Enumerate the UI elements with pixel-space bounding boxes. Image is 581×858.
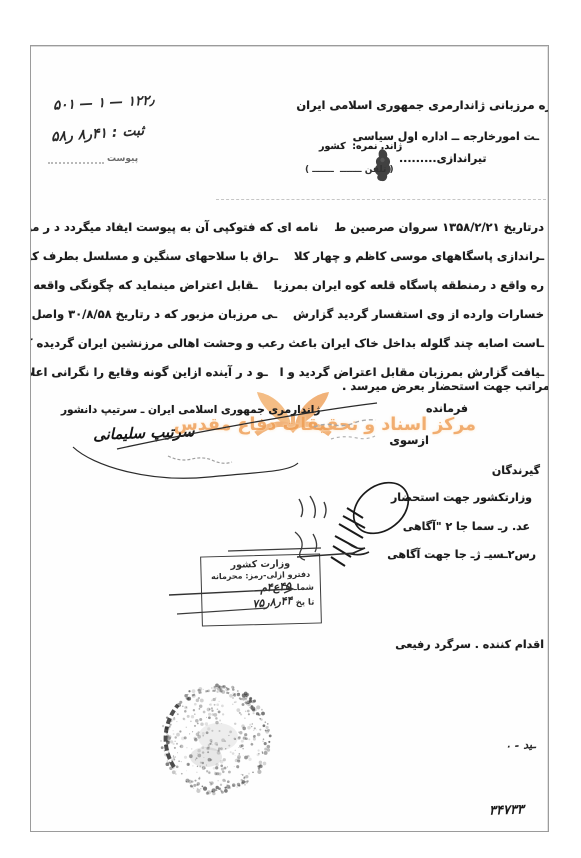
letterhead-line1: ره مرزبانی ژاندارمری جمهوری اسلامی ایران: [296, 98, 549, 112]
body-line: ره واقع د رمنطقه پاسگاه قلعه کوه ایران ب…: [30, 278, 544, 292]
handwritten-footer-note: ـید - ٠: [505, 738, 536, 753]
recipient-item: وزارتکشور جهت استحضار: [391, 491, 532, 504]
handwritten-ref-number: ۵۰۱ — ۱ — ۱۲۲٫: [53, 92, 155, 113]
action-officer-line: اقدام کننده . سرگرد رفیعی: [395, 638, 544, 651]
recipient-item: عد. رـ سما جا ۲ "آگاهی: [403, 520, 530, 533]
stamp-number-row: شماـ ۴۵ع۴م: [202, 579, 320, 595]
handwritten-ref-date: ثبت : ۴۱ر۸ ر۵۸: [51, 123, 145, 145]
stamp-date-value: ۴۴ر۸ر۷۵: [252, 594, 293, 611]
archive-center-logo-icon: [249, 350, 337, 412]
closing-line: مراتب جهت استحضار بعرض میرسد .: [342, 379, 549, 393]
letterhead-number-field: ژاند. نمره: کشور: [319, 141, 402, 152]
recipients-title: گیرندگان: [492, 464, 540, 477]
handwritten-page-number: ۳۴۷۳۳: [489, 802, 524, 818]
header-separator: [216, 199, 546, 200]
body-line: ـراندازی پاسگاههای موسی کاظم و چهار کلا …: [30, 249, 544, 263]
handwritten-signer-name: سرتیپ سلیمانی: [93, 422, 195, 444]
letterhead-subject: تیراندازی.........: [399, 152, 487, 165]
stamp-number-value: ۴۵ع۴م: [259, 579, 291, 594]
body-line: خسارات وارده از وی استفسار گردید گزارش ـ…: [30, 307, 544, 321]
scan-page: مرکز اسناد و تحقیقات دفاع مقدس ۵۰۱ — ۱ —…: [30, 45, 549, 832]
body-line: ـاست اصابه چند گلوله بداخل خاک ایران باع…: [30, 336, 544, 350]
attachment-label: پیوست: [107, 154, 138, 164]
recipient-item: رس۲ـسیـ ژـ جا جهت آگاهی: [387, 548, 536, 561]
body-line: ـیافت گزارش بمرزبان مقابل اعتراض گردید و…: [30, 365, 544, 379]
body-line: درتاریخ ۱۳۵۸/۲/۲۱ سروان صرصین ط نامه ای …: [30, 220, 544, 234]
archive-center-watermark: مرکز اسناد و تحقیقات دفاع مقدس: [174, 415, 476, 435]
stamp-number-label: شماـ: [294, 583, 314, 594]
signature-org: ژاندارمری جمهوری اسلامی ایران ـ سرتیپ دا…: [61, 404, 320, 416]
interior-ministry-stamp: وزارت کشور دفترو ازلی-رمز: محرمانه شماـ …: [200, 553, 322, 626]
stamp-date-row: تا یخ ۴۴ر۸ر۷۵: [202, 594, 320, 610]
on-behalf-label: ازسوی: [389, 433, 429, 447]
round-ink-stamp: [156, 641, 276, 761]
letterhead-telephone: ( تلفن ـــــــ ـــــــ ): [305, 165, 394, 175]
letter-body: درتاریخ ۱۳۵۸/۲/۲۱ سروان صرصین ط نامه ای …: [524, 216, 544, 368]
signature-title: فرمانده: [426, 402, 468, 415]
screenshot-root: { "document": { "annotations": { "ref_li…: [0, 0, 581, 858]
stamp-date-label: تا یخ: [296, 598, 315, 608]
pencil-dashes: [48, 162, 104, 164]
